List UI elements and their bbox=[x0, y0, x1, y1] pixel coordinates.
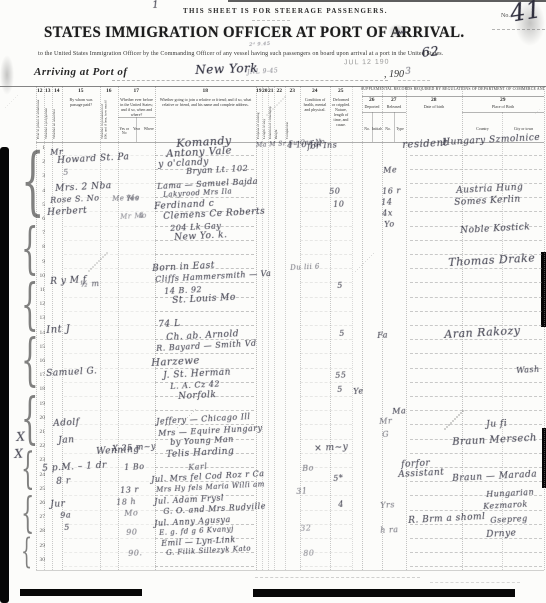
scan-noise-dot bbox=[272, 108, 274, 110]
row-leader-line bbox=[64, 439, 154, 440]
scan-noise-dot bbox=[369, 257, 370, 258]
handwritten-entry: Mrs. 2 Nba bbox=[55, 181, 112, 194]
row-leader-line bbox=[155, 254, 254, 255]
row-leader-line bbox=[410, 268, 542, 269]
handwritten-entry: Drnye bbox=[486, 528, 517, 540]
row-leader-line bbox=[155, 353, 254, 354]
date-received-stamp: JUL 12 190 bbox=[344, 59, 390, 67]
scan-noise-dot bbox=[189, 415, 190, 416]
column-header: Complexion bbox=[286, 97, 299, 139]
handwritten-entry: Ma bbox=[392, 406, 406, 416]
handwritten-entry: Fa bbox=[377, 330, 388, 340]
scan-noise-dot bbox=[452, 420, 454, 422]
grid-line-vertical bbox=[262, 86, 263, 570]
column-number: 23 bbox=[290, 88, 296, 94]
row-leader-line bbox=[300, 254, 352, 255]
handwritten-entry: 5 bbox=[339, 329, 345, 338]
scan-noise-dot bbox=[367, 259, 368, 260]
grid-line-vertical bbox=[330, 86, 331, 570]
row-leader-line bbox=[64, 311, 154, 312]
family-brace: { bbox=[21, 535, 32, 570]
handwritten-entry: Norfolk bbox=[178, 390, 217, 402]
column-header: Deported bbox=[363, 104, 381, 124]
scan-noise-dot bbox=[462, 410, 464, 412]
row-leader-line bbox=[300, 495, 352, 496]
row-leader-line bbox=[64, 396, 154, 397]
scan-edge-bottom bbox=[253, 589, 515, 597]
row-number: 25 bbox=[36, 486, 45, 492]
column-sub-header: Where bbox=[143, 127, 155, 140]
scan-noise-dot bbox=[15, 97, 16, 98]
grid-line-vertical bbox=[285, 86, 286, 570]
row-leader-line bbox=[64, 382, 154, 383]
scan-edge-bottom bbox=[20, 589, 142, 596]
row-leader-line bbox=[300, 240, 352, 241]
grid-line-horizontal bbox=[112, 80, 388, 81]
grid-line-horizontal bbox=[255, 577, 420, 578]
column-header: Date of birth bbox=[407, 104, 461, 142]
handwritten-entry: Mr bbox=[379, 416, 392, 426]
scan-noise-dot bbox=[460, 412, 462, 414]
handwritten-entry: X bbox=[14, 447, 24, 461]
scan-noise-dot bbox=[104, 254, 106, 256]
grid-line-horizontal bbox=[492, 29, 545, 30]
handwritten-entry: 5* bbox=[333, 473, 344, 483]
family-brace: { bbox=[21, 144, 45, 218]
handwritten-entry: X bbox=[16, 430, 26, 444]
column-sub-header: Type bbox=[394, 127, 406, 140]
scan-noise-dot bbox=[373, 253, 374, 254]
form-no-value: 41 bbox=[508, 0, 544, 28]
handwritten-entry: 3 bbox=[405, 67, 412, 77]
handwritten-entry: Hungarian bbox=[486, 487, 534, 498]
handwritten-entry: 4 bbox=[338, 500, 344, 509]
row-leader-line bbox=[64, 325, 154, 326]
family-brace: { bbox=[21, 492, 34, 534]
column-header: Ever in prison or almshouse bbox=[37, 97, 43, 139]
scan-noise-dot bbox=[181, 423, 182, 424]
column-header: Released bbox=[383, 104, 405, 124]
scan-noise-dot bbox=[361, 265, 362, 266]
family-brace: { bbox=[21, 333, 39, 389]
row-leader-line bbox=[155, 410, 254, 411]
scan-noise-dot bbox=[191, 413, 192, 414]
row-leader-line bbox=[300, 353, 352, 354]
row-number: 26 bbox=[36, 500, 45, 506]
row-number: 30 bbox=[36, 557, 45, 563]
row-number: 29 bbox=[36, 543, 45, 549]
handwritten-entry: J. St. Herman bbox=[163, 367, 231, 381]
row-leader-line bbox=[300, 410, 352, 411]
handwritten-entry: New Yo. k. bbox=[174, 230, 228, 243]
row-leader-line bbox=[64, 510, 154, 511]
grid-line-vertical bbox=[274, 86, 275, 570]
handwritten-entry: × m~y bbox=[314, 442, 349, 454]
scan-noise-dot bbox=[268, 112, 270, 114]
handwritten-entry: Herbert bbox=[47, 206, 87, 218]
scan-noise-dot bbox=[187, 417, 188, 418]
handwritten-entry: 10 bbox=[333, 199, 345, 209]
row-leader-line bbox=[410, 424, 542, 425]
scan-noise-dot bbox=[195, 409, 196, 410]
scan-noise-dot bbox=[100, 258, 102, 260]
handwritten-entry: ½ m bbox=[80, 279, 100, 289]
scan-noise-dot bbox=[106, 252, 108, 254]
scan-noise-dot bbox=[448, 424, 450, 426]
scan-noise-dot bbox=[355, 271, 356, 272]
handwritten-entry: 5 bbox=[64, 523, 70, 532]
grid-line-vertical bbox=[544, 86, 545, 570]
handwritten-entry: 14 bbox=[381, 197, 393, 207]
form-no-label: No. bbox=[501, 13, 510, 19]
scanned-manifest-page: THIS SHEET IS FOR STEERAGE PASSENGERS. N… bbox=[0, 0, 546, 603]
handwritten-entry: Mo bbox=[124, 508, 138, 518]
column-number: 19 bbox=[256, 88, 262, 94]
row-leader-line bbox=[300, 169, 352, 170]
column-number: 26 bbox=[369, 97, 375, 103]
handwritten-entry: 5 bbox=[63, 168, 69, 177]
scan-noise-dot bbox=[92, 266, 94, 268]
arriving-at-port-label: Arriving at Port of bbox=[34, 66, 128, 78]
scan-noise-dot bbox=[282, 98, 284, 100]
row-leader-line bbox=[300, 155, 352, 156]
row-leader-line bbox=[64, 268, 154, 269]
handwritten-entry: Me bbox=[383, 165, 397, 175]
handwritten-entry: 50 bbox=[329, 186, 341, 196]
column-header: Purpose of coming bbox=[257, 97, 261, 139]
handwritten-entry: Telis Harding bbox=[166, 446, 235, 460]
scan-noise-dot bbox=[177, 427, 178, 428]
row-leader-line bbox=[300, 211, 352, 212]
row-leader-line bbox=[410, 353, 542, 354]
column-number: 20 bbox=[262, 88, 268, 94]
row-leader-line bbox=[410, 297, 542, 298]
column-header: Whether in possession of $50, and if les… bbox=[101, 97, 117, 139]
column-number: 29 bbox=[500, 97, 506, 103]
handwritten-entry: 5 bbox=[337, 281, 343, 290]
handwritten-entry: JNL 9-45 bbox=[247, 67, 278, 76]
row-leader-line bbox=[64, 524, 154, 525]
row-leader-line bbox=[410, 155, 542, 156]
scan-noise-dot bbox=[5, 107, 6, 108]
column-header: Intention of citizenship bbox=[269, 97, 273, 139]
grid-line-horizontal bbox=[362, 96, 544, 97]
grid-line-vertical bbox=[406, 86, 407, 570]
column-sub-header: Yes or No bbox=[118, 127, 130, 140]
scan-noise-dot bbox=[98, 260, 100, 262]
handwritten-entry: Ju fi bbox=[486, 419, 507, 430]
scan-noise-dot bbox=[365, 261, 366, 262]
handwritten-entry: 90. bbox=[128, 548, 143, 558]
handwritten-entry: G bbox=[382, 430, 389, 439]
scan-smudge bbox=[0, 55, 14, 95]
scan-noise-dot bbox=[94, 264, 96, 266]
handwritten-entry: 1 Bo bbox=[124, 462, 145, 472]
column-number: 17 bbox=[134, 88, 140, 94]
handwritten-entry: St. Louis Mo bbox=[172, 293, 236, 306]
scan-noise-dot bbox=[185, 419, 186, 420]
scan-noise-dot bbox=[179, 425, 180, 426]
column-number: 15 bbox=[78, 88, 84, 94]
column-sub-header: No. bbox=[362, 127, 372, 140]
row-leader-line bbox=[300, 197, 352, 198]
grid-line-horizontal bbox=[118, 117, 155, 118]
scan-noise-dot bbox=[357, 269, 358, 270]
column-header: Deformed or crippled. Nature, length of … bbox=[331, 97, 351, 135]
handwritten-entry: for Ins bbox=[307, 140, 337, 151]
scan-noise-dot bbox=[359, 267, 360, 268]
column-header: Whether going to join a relative or frie… bbox=[156, 97, 255, 135]
row-leader-line bbox=[300, 297, 352, 298]
scan-noise-dot bbox=[266, 114, 268, 116]
column-header: Whether a polygamist bbox=[45, 97, 51, 139]
handwritten-entry: 9a bbox=[60, 510, 71, 520]
scan-noise-dot bbox=[363, 263, 364, 264]
scan-noise-dot bbox=[13, 99, 14, 100]
row-leader-line bbox=[64, 297, 154, 298]
grid-line-vertical bbox=[352, 86, 353, 570]
scan-noise-dot bbox=[454, 418, 456, 420]
row-leader-line bbox=[300, 368, 352, 369]
column-number: 12 bbox=[37, 88, 43, 94]
handwritten-entry: Yo bbox=[384, 219, 395, 229]
column-number: 27 bbox=[391, 97, 397, 103]
column-number: 18 bbox=[203, 88, 209, 94]
scan-noise-dot bbox=[17, 95, 18, 96]
handwritten-entry: 80 bbox=[303, 548, 315, 558]
column-number: 16 bbox=[106, 88, 112, 94]
grid-line-vertical bbox=[362, 86, 363, 570]
row-leader-line bbox=[410, 382, 542, 383]
scan-noise-dot bbox=[193, 411, 194, 412]
handwritten-entry: Noble Kostick bbox=[460, 222, 531, 236]
handwritten-entry: 18 h bbox=[116, 497, 136, 507]
scan-noise-dot bbox=[446, 426, 448, 428]
handwritten-entry: 8 r bbox=[56, 476, 71, 487]
row-leader-line bbox=[155, 566, 254, 567]
column-number: 14 bbox=[54, 88, 60, 94]
column-header: Place of Birth bbox=[463, 104, 543, 124]
scan-noise-dot bbox=[458, 414, 460, 416]
handwritten-entry: Yes bbox=[126, 194, 140, 203]
handwritten-entry: Mr Mo bbox=[120, 212, 147, 221]
grid-line-vertical bbox=[256, 86, 257, 570]
row-leader-line bbox=[410, 311, 542, 312]
handwritten-entry: Jur bbox=[50, 499, 66, 510]
row-leader-line bbox=[64, 339, 154, 340]
scan-noise-dot bbox=[9, 103, 10, 104]
row-leader-line bbox=[300, 382, 352, 383]
handwritten-entry: Int J bbox=[46, 324, 71, 336]
row-leader-line bbox=[410, 552, 542, 553]
handwritten-entry: Karl bbox=[188, 462, 208, 472]
scan-noise-dot bbox=[537, 111, 538, 112]
handwritten-entry: Du lii 6 bbox=[290, 262, 320, 272]
column-number: 25 bbox=[338, 88, 344, 94]
row-leader-line bbox=[64, 169, 154, 170]
column-header: Whether ever before in the United States… bbox=[119, 97, 154, 117]
row-leader-line bbox=[300, 538, 352, 539]
row-leader-line bbox=[410, 396, 542, 397]
grid-line-horizontal bbox=[430, 582, 520, 583]
scan-noise-dot bbox=[535, 113, 536, 114]
handwritten-entry: by Young Man bbox=[170, 435, 234, 447]
scan-noise-dot bbox=[456, 416, 458, 418]
row-leader-line bbox=[410, 566, 542, 567]
row-leader-line bbox=[300, 566, 352, 567]
row-leader-line bbox=[64, 240, 154, 241]
row-leader-line bbox=[300, 339, 352, 340]
scan-noise-dot bbox=[11, 101, 12, 102]
handwritten-entry: Wash bbox=[516, 365, 540, 375]
handwritten-entry: 1 bbox=[152, 0, 159, 11]
row-leader-line bbox=[300, 510, 352, 511]
handwritten-entry: 5 bbox=[337, 385, 343, 394]
handwritten-entry: X 25 m~y bbox=[112, 442, 156, 453]
scan-edge-top bbox=[228, 0, 546, 2]
row-leader-line bbox=[300, 282, 352, 283]
column-header: By whom was passage paid? bbox=[63, 97, 99, 135]
scan-noise-dot bbox=[278, 102, 280, 104]
grid-line-vertical bbox=[300, 86, 301, 570]
column-number: 21 bbox=[268, 88, 274, 94]
scan-noise-dot bbox=[270, 110, 272, 112]
scan-edge-left bbox=[0, 147, 9, 603]
row-number: 23 bbox=[36, 457, 45, 463]
row-leader-line bbox=[300, 439, 352, 440]
handwritten-entry: 90 bbox=[126, 527, 138, 537]
row-leader-line bbox=[410, 538, 542, 539]
handwritten-entry: Jan bbox=[58, 435, 75, 446]
supplemental-records-title: SUPPLEMENTAL RECORDS REQUIRED BY REGULAT… bbox=[361, 87, 544, 91]
row-leader-line bbox=[64, 481, 154, 482]
handwritten-entry: Yrs bbox=[380, 500, 395, 510]
row-leader-line bbox=[300, 183, 352, 184]
column-number: 24 bbox=[312, 88, 318, 94]
handwritten-entry: Bo bbox=[302, 463, 314, 473]
column-header: Condition of health, mental and physical… bbox=[301, 97, 329, 135]
scan-noise-dot bbox=[96, 262, 98, 264]
handwritten-entry: 4x bbox=[382, 208, 393, 218]
scan-noise-dot bbox=[280, 100, 282, 102]
scan-noise-dot bbox=[444, 428, 446, 430]
handwritten-entry: Adolf bbox=[53, 418, 80, 429]
handwritten-entry: Assistant bbox=[398, 468, 445, 480]
column-number: 13 bbox=[45, 88, 51, 94]
row-leader-line bbox=[64, 538, 154, 539]
handwritten-entry: Somes Kerlin bbox=[454, 195, 521, 208]
grid-line-horizontal bbox=[36, 570, 544, 571]
scan-noise-dot bbox=[284, 96, 286, 98]
handwritten-entry: Rose S. No bbox=[50, 193, 100, 205]
row-leader-line bbox=[64, 353, 154, 354]
scan-noise-dot bbox=[183, 421, 184, 422]
column-sub-header: Initials bbox=[372, 127, 382, 140]
row-number: 27 bbox=[36, 514, 45, 520]
handwritten-entry: 16 r bbox=[382, 186, 401, 196]
row-leader-line bbox=[300, 325, 352, 326]
handwritten-entry: 55 bbox=[335, 370, 347, 380]
family-brace: { bbox=[21, 221, 39, 276]
handwritten-entry: 13 r bbox=[120, 485, 139, 495]
scan-noise-dot bbox=[274, 106, 276, 108]
row-leader-line bbox=[64, 495, 154, 496]
row-leader-line bbox=[410, 211, 542, 212]
row-leader-line bbox=[64, 566, 154, 567]
row-leader-line bbox=[64, 254, 154, 255]
row-leader-line bbox=[410, 453, 542, 454]
handwritten-entry: Bryan Lt. 102 bbox=[186, 164, 248, 176]
sheet-note: THIS SHEET IS FOR STEERAGE PASSENGERS. bbox=[183, 7, 388, 15]
column-sub-header: Year bbox=[130, 127, 142, 140]
grid-line-vertical bbox=[382, 86, 383, 570]
handwritten-entry: 5 p.M. – 1 dr bbox=[42, 461, 107, 474]
handwritten-entry: h ra bbox=[380, 525, 399, 535]
handwritten-entry: Ye bbox=[353, 386, 364, 396]
scan-noise-dot bbox=[90, 268, 92, 270]
column-number: 28 bbox=[431, 97, 437, 103]
column-header: Length of stay bbox=[263, 97, 267, 139]
row-leader-line bbox=[155, 311, 254, 312]
row-leader-line bbox=[64, 226, 154, 227]
form-subtitle: to the United States Immigration Officer… bbox=[38, 51, 524, 57]
row-leader-line bbox=[300, 424, 352, 425]
handwritten-entry: 2ᵈ 9.45 bbox=[249, 41, 271, 48]
grid-line-vertical bbox=[268, 86, 269, 570]
handwritten-entry: Samuel G. bbox=[46, 366, 98, 379]
row-leader-line bbox=[410, 169, 542, 170]
row-leader-line bbox=[410, 240, 542, 241]
grid-line-horizontal bbox=[252, 20, 290, 21]
column-sub-header: No. bbox=[382, 127, 394, 140]
scan-noise-dot bbox=[7, 105, 8, 106]
scan-noise-dot bbox=[371, 255, 372, 256]
row-leader-line bbox=[410, 410, 542, 411]
scan-noise-dot bbox=[276, 104, 278, 106]
row-number: 28 bbox=[36, 528, 45, 534]
row-leader-line bbox=[300, 311, 352, 312]
scan-noise-dot bbox=[450, 422, 452, 424]
row-leader-line bbox=[64, 410, 154, 411]
scan-noise-dot bbox=[539, 109, 540, 110]
handwritten-entry: Braun Mersech bbox=[452, 433, 537, 448]
row-leader-line bbox=[300, 226, 352, 227]
grid-line-horizontal bbox=[398, 80, 430, 81]
year-printed: , 190 bbox=[384, 69, 404, 80]
handwritten-entry: 32 bbox=[300, 523, 312, 533]
handwritten-entry: 74 L bbox=[158, 319, 181, 330]
handwritten-entry: ⇜ bbox=[395, 25, 408, 41]
row-leader-line bbox=[300, 481, 352, 482]
grid-line-horizontal bbox=[0, 86, 546, 87]
scan-noise-dot bbox=[88, 270, 90, 272]
family-brace: { bbox=[21, 277, 39, 332]
row-leader-line bbox=[410, 282, 542, 283]
row-leader-line bbox=[410, 510, 542, 511]
scan-noise-dot bbox=[102, 256, 104, 258]
column-header: Whether an anarchist bbox=[53, 97, 61, 139]
column-number: 22 bbox=[277, 88, 283, 94]
row-leader-line bbox=[300, 396, 352, 397]
handwritten-entry: 31 bbox=[296, 486, 308, 496]
